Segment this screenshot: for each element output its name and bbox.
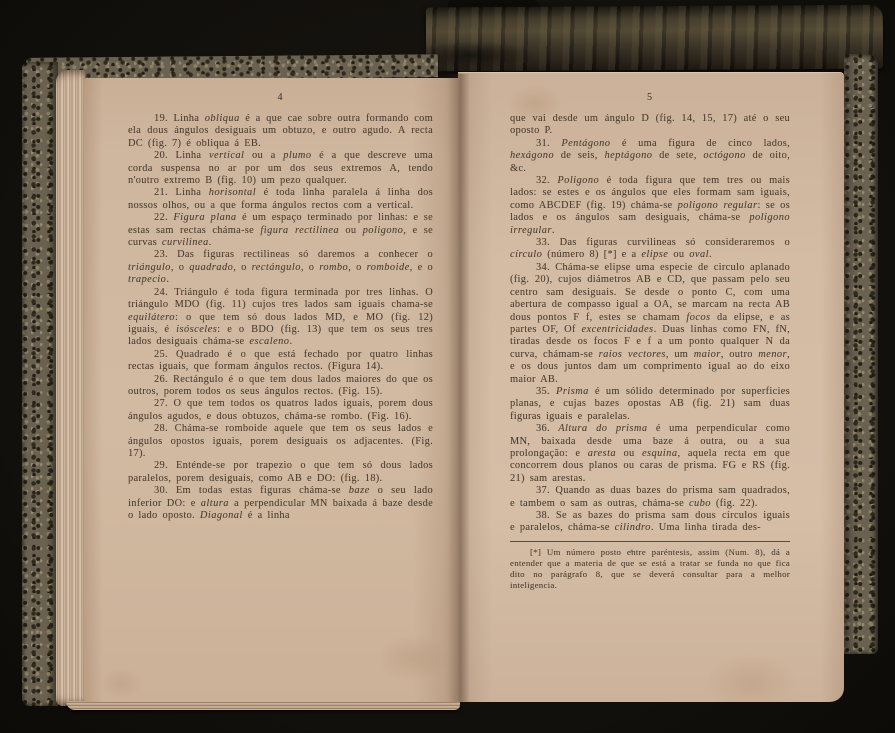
book-photo: { "left_page": { "page_number": "4", "pa… bbox=[0, 0, 895, 733]
paragraph: 35. Prisma é um sólido determinado por s… bbox=[510, 386, 790, 423]
paragraph: 36. Altura do prisma é uma perpendicular… bbox=[510, 423, 790, 485]
paragraph: 25. Quadrado é o que está fechado por qu… bbox=[128, 349, 433, 374]
left-page: 4 19. Linha obliqua é a que cae sobre ou… bbox=[84, 78, 458, 702]
paragraph: 32. Poligono é toda figura que tem tres … bbox=[510, 175, 790, 237]
paragraph: que vai desde um ángulo D (fig. 14, 15, … bbox=[510, 113, 790, 138]
page-stack-bottom-edges bbox=[66, 701, 460, 710]
left-page-text: 19. Linha obliqua é a que cae sobre outr… bbox=[128, 113, 433, 522]
paragraph: 23. Das figuras rectilineas só daremos a… bbox=[128, 249, 433, 286]
paragraph: 33. Das figuras curvilineas só considera… bbox=[510, 237, 790, 262]
page-block-top-edge bbox=[26, 54, 438, 81]
book-cover-right-edge bbox=[844, 54, 878, 654]
paragraph: 22. Figura plana é um espaço terminado p… bbox=[128, 212, 433, 249]
paragraph: 24. Triángulo é toda figura terminada po… bbox=[128, 287, 433, 349]
paragraph: 19. Linha obliqua é a que cae sobre outr… bbox=[128, 113, 433, 150]
paragraph: 28. Cháma-se romboide aquele que tem os … bbox=[128, 423, 433, 460]
paragraph: 26. Rectángulo é o que tem dous lados ma… bbox=[128, 374, 433, 399]
paragraph: 38. Se as bazes do prisma sam dous círcu… bbox=[510, 510, 790, 535]
right-page: 5 que vai desde um ángulo D (fig. 14, 15… bbox=[458, 72, 844, 702]
paragraph: 37. Quando as duas bazes do prisma sam q… bbox=[510, 485, 790, 510]
paragraph: 34. Cháma-se elipse uma especie de circu… bbox=[510, 262, 790, 386]
footnote-divider bbox=[510, 541, 790, 542]
paragraph: 31. Pentágono é uma figura de cinco lado… bbox=[510, 138, 790, 175]
left-page-number: 4 bbox=[128, 92, 433, 103]
book-cover-top-board bbox=[426, 5, 883, 72]
paragraph: 21. Linha horisontal é toda linha parale… bbox=[128, 187, 433, 212]
paragraph: 20. Linha vertical ou a plumo é a que de… bbox=[128, 150, 433, 187]
paragraph: 29. Enténde-se por trapezio o que tem só… bbox=[128, 460, 433, 485]
right-page-number: 5 bbox=[510, 92, 790, 103]
paragraph: 27. O que tem todos os quatros lados igu… bbox=[128, 398, 433, 423]
page-stack-left-edges bbox=[56, 70, 85, 706]
footnote: [*] Um número posto entre paréntesis, as… bbox=[510, 547, 790, 591]
right-page-text: que vai desde um ángulo D (fig. 14, 15, … bbox=[510, 113, 790, 535]
book-cover-left-edge bbox=[22, 62, 58, 706]
paragraph: 30. Em todas estas figuras cháma-se baze… bbox=[128, 485, 433, 522]
